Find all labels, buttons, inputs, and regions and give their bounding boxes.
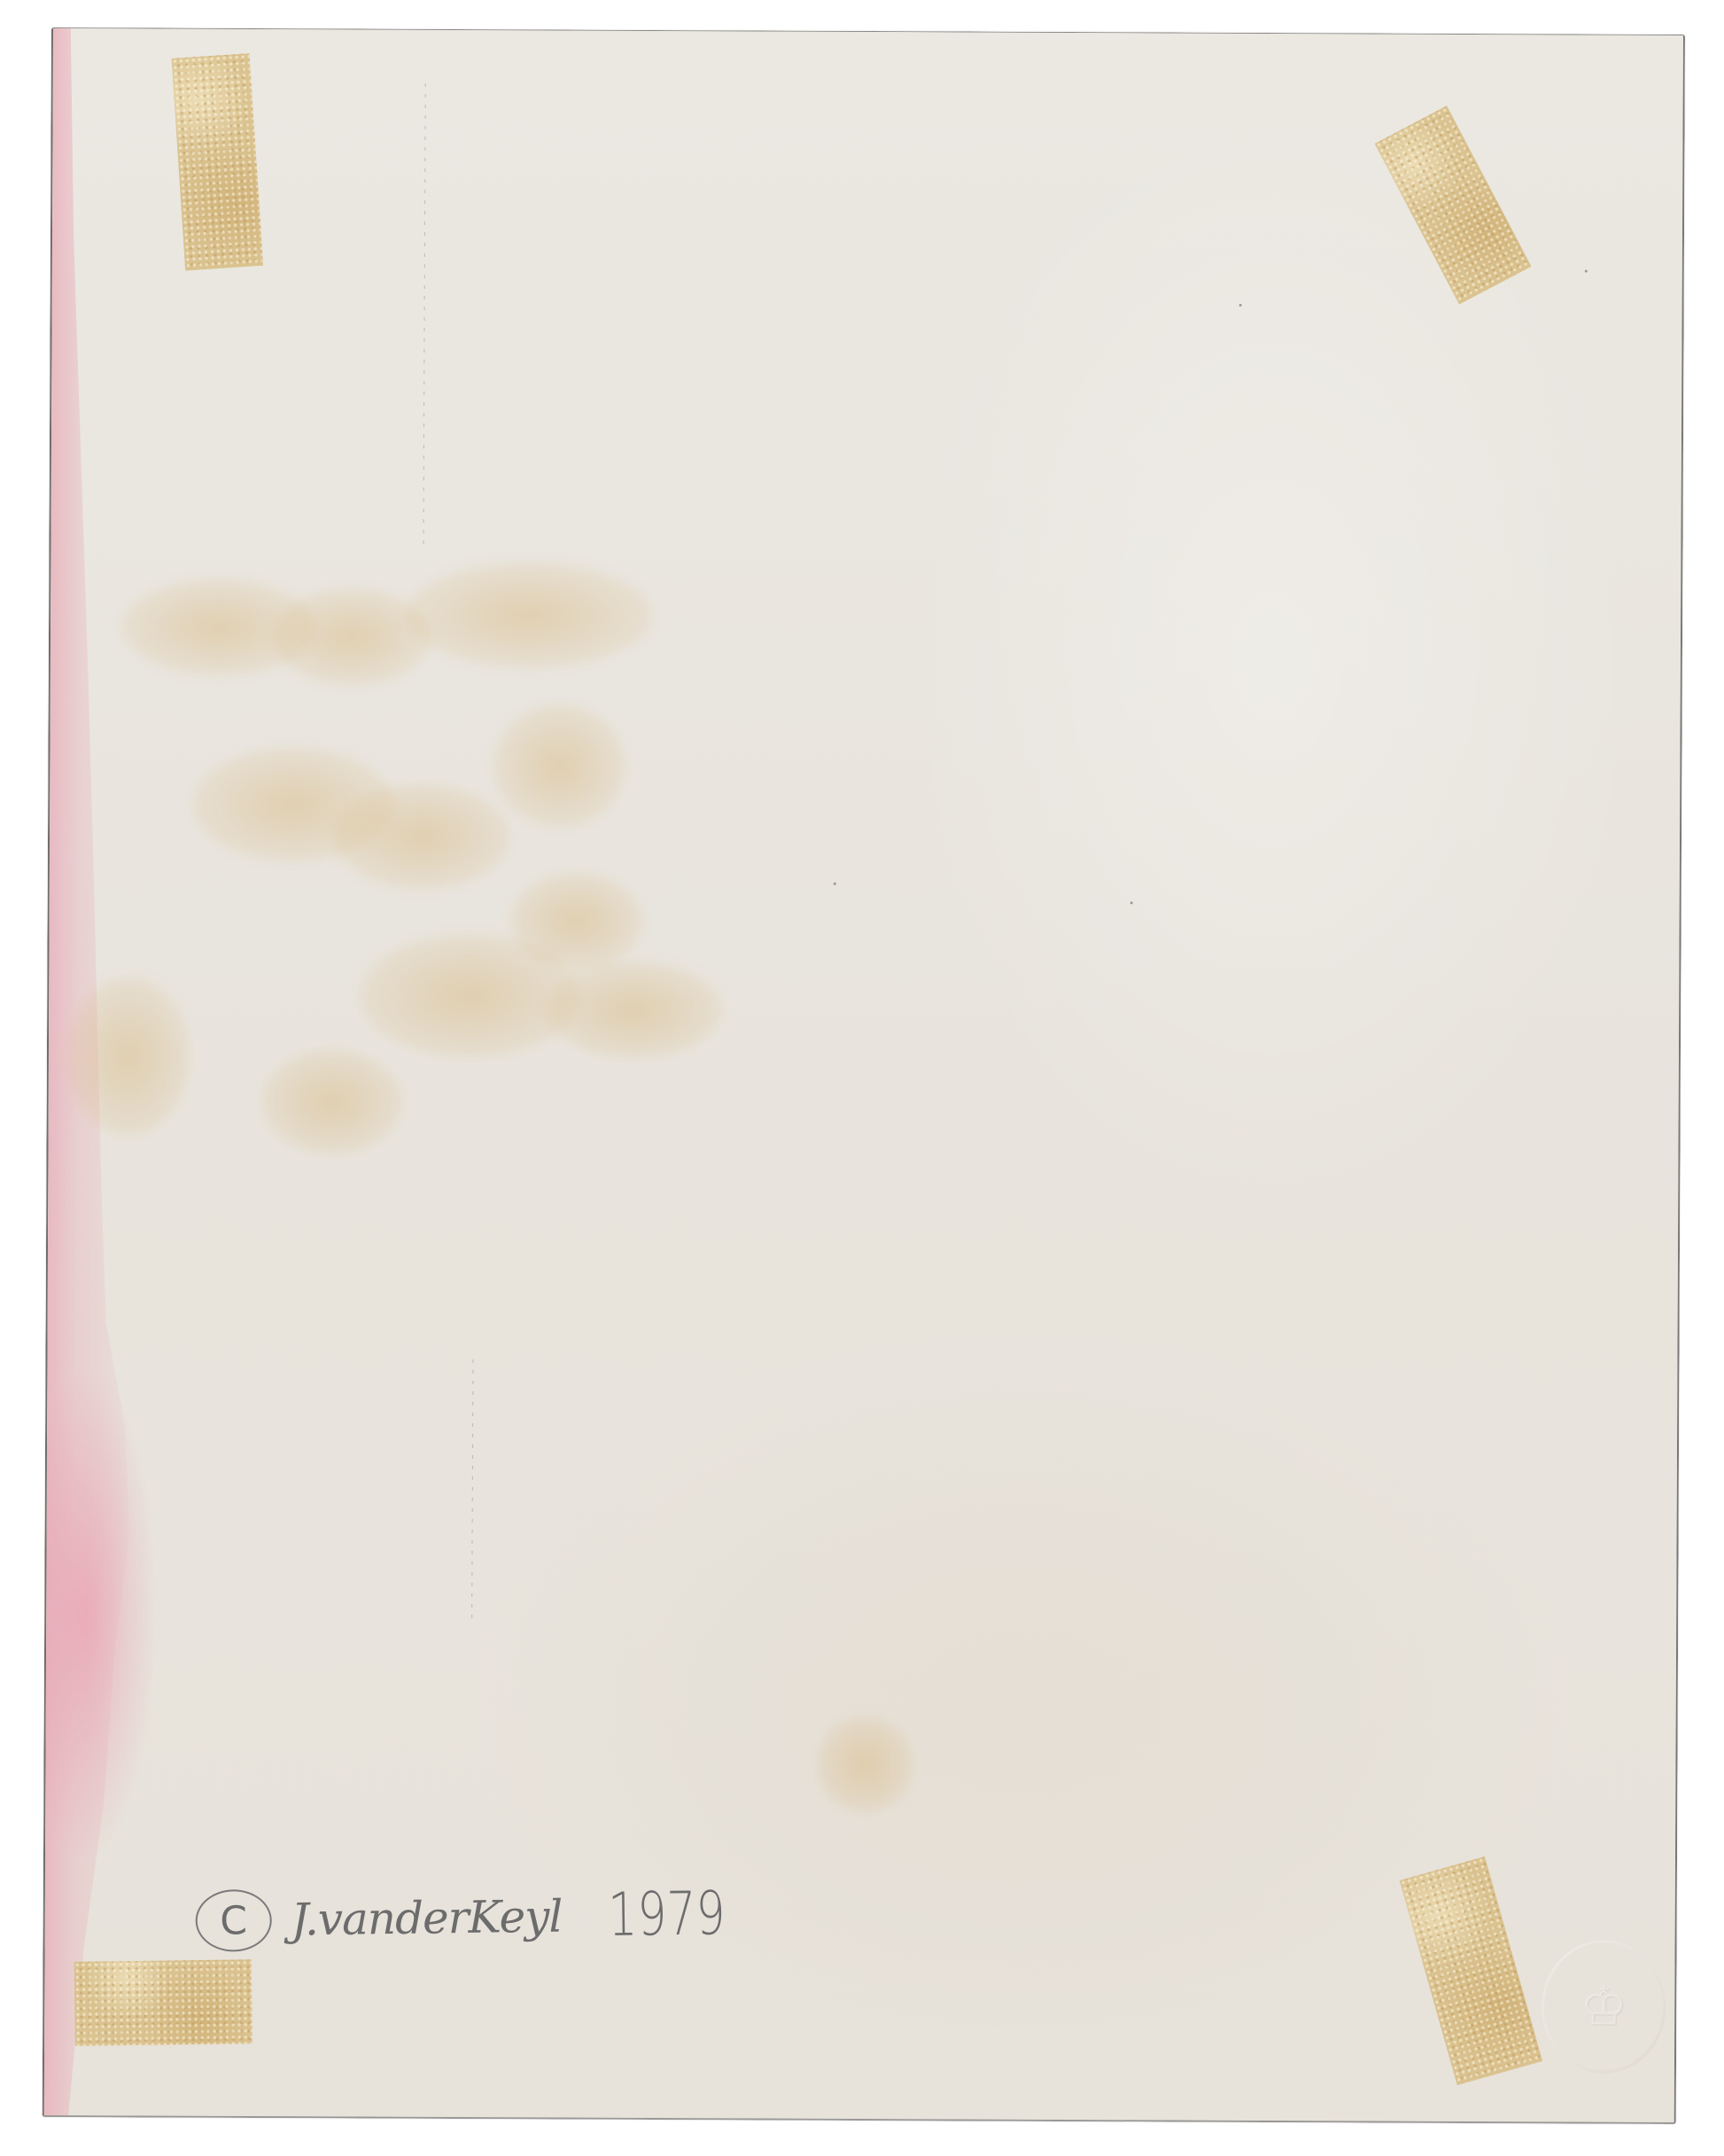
stain [333, 782, 511, 890]
artwork-paper-back: ♔ C J.vanderKeyl 1979 [43, 27, 1685, 2124]
speck [1585, 270, 1588, 273]
stain [816, 1716, 913, 1813]
stain [260, 1048, 403, 1156]
copyright-icon: C [195, 1889, 272, 1952]
pink-paint-bleed-lower [45, 1366, 180, 1864]
emboss-stamp-icon: ♔ [1580, 1976, 1627, 2038]
stain [66, 977, 191, 1137]
masking-tape-bottom-left [74, 1959, 252, 2046]
speck [834, 883, 836, 885]
stain [405, 562, 654, 669]
speck [1130, 901, 1133, 904]
pencil-signature: C J.vanderKeyl 1979 [195, 1883, 726, 1952]
copyright-letter: C [220, 1898, 247, 1943]
blind-emboss-stamp: ♔ [1542, 1940, 1666, 2074]
signature-year: 1979 [608, 1880, 726, 1950]
stain [493, 704, 626, 829]
speck [1239, 304, 1242, 307]
masking-tape-top-left [172, 53, 264, 270]
artist-signature: J.vanderKeyl [291, 1891, 562, 1946]
stain [545, 961, 722, 1059]
